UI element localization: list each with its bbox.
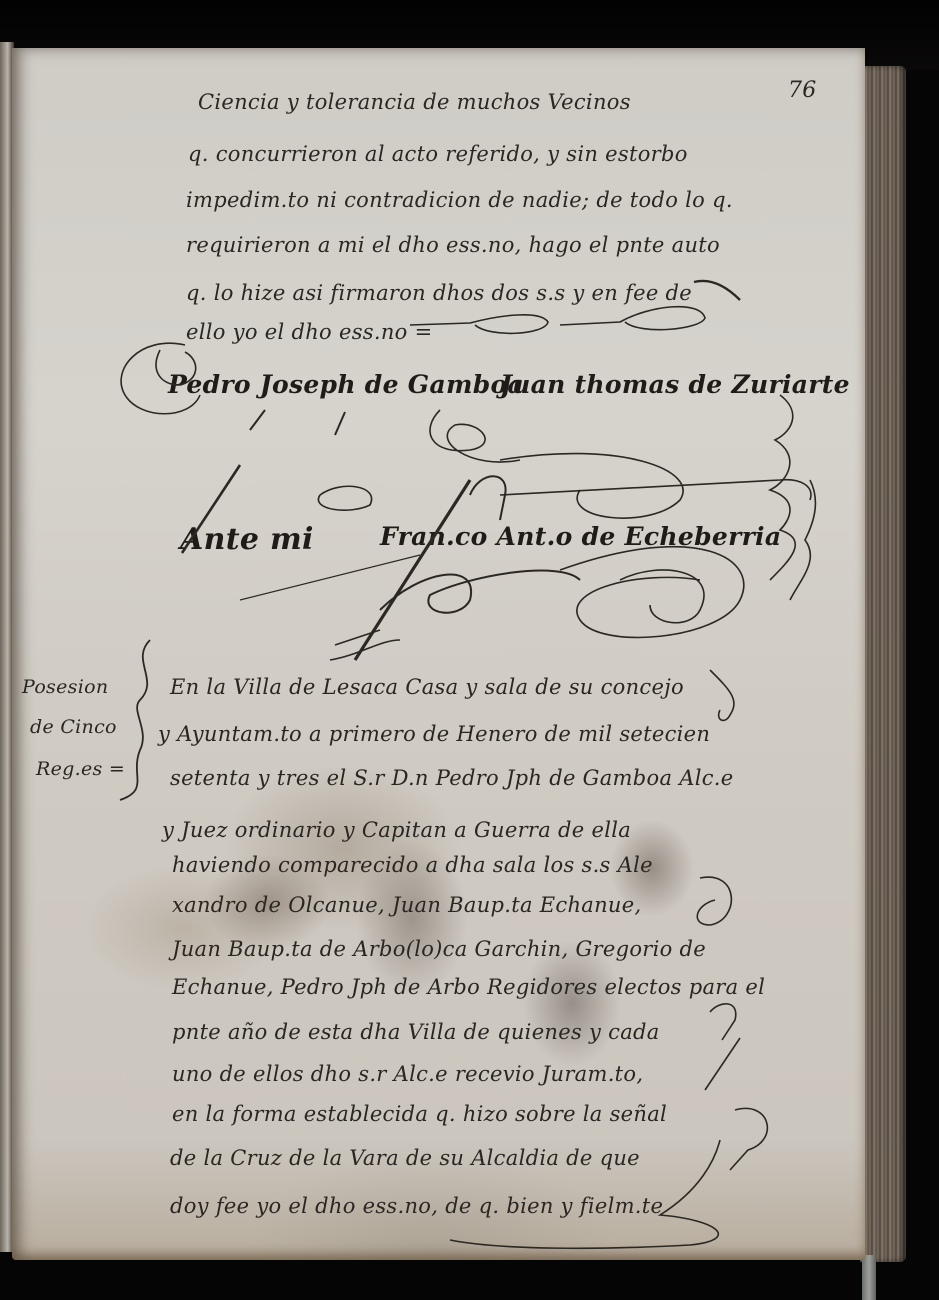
manuscript-photo: 76 Ciencia y tolerancia de muchos Vecino… <box>0 0 939 1300</box>
text-line: doy fee yo el dho ess.no, de q. bien y f… <box>170 1194 663 1218</box>
text-line: uno de ellos dho s.r Alc.e recevio Juram… <box>172 1062 643 1086</box>
text-line: Juan Baup.ta de Arbo(lo)ca Garchin, Greg… <box>172 937 706 961</box>
text-line: y Juez ordinario y Capitan a Guerra de e… <box>162 818 631 842</box>
text-line: y Ayuntam.to a primero de Henero de mil … <box>158 722 710 746</box>
text-line: Echanue, Pedro Jph de Arbo Regidores ele… <box>172 975 765 999</box>
margin-note-line: Posesion <box>22 670 108 704</box>
text-line: en la forma establecida q. hizo sobre la… <box>172 1102 667 1126</box>
text-line: pnte año de esta dha Villa de quienes y … <box>172 1020 660 1044</box>
margin-note-line: Reg.es = <box>36 752 125 786</box>
text-line: En la Villa de Lesaca Casa y sala de su … <box>170 675 684 699</box>
text-line: xandro de Olcanue, Juan Baup.ta Echanue, <box>172 893 641 917</box>
text-line: de la Cruz de la Vara de su Alcaldia de … <box>170 1146 640 1170</box>
text-line: setenta y tres el S.r D.n Pedro Jph de G… <box>170 766 734 790</box>
text-line: haviendo comparecido a dha sala los s.s … <box>172 853 653 877</box>
margin-note-line: de Cinco <box>30 710 117 744</box>
